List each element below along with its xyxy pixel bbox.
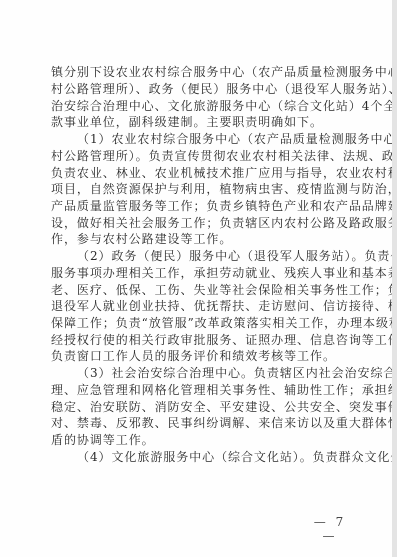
page-number: — 7 — bbox=[310, 515, 350, 543]
text-line: 退役军人就业创业扶持、优抚帮扶、走访慰问、信访接待、权益 bbox=[51, 298, 353, 315]
text-line: 经授权行使的相关行政审批服务、证照办理、信息咨询等工作； bbox=[51, 332, 353, 349]
section-heading-4: （4）文化旅游服务中心（综合文化站）。负责群众文化生活 bbox=[77, 449, 353, 466]
text-line: 稳定、治安联防、消防安全、平安建设、公共安全、突发事件应 bbox=[51, 399, 353, 416]
text-line: 老、医疗、低保、工伤、失业等社会保险相关事务性工作；负责 bbox=[51, 282, 353, 299]
text-line: 盾的协调等工作。 bbox=[51, 432, 353, 449]
section-heading-2: （2）政务（便民）服务中心（退役军人服务站）。负责公共 bbox=[77, 248, 353, 265]
text-line: 村公路管理所）。负责宣传贯彻农业农村相关法律、法规、政策； bbox=[51, 148, 353, 165]
text-line: 对、禁毒、反邪教、民事纠纷调解、来信来访以及重大群体性矛 bbox=[51, 415, 353, 432]
text-line: 作，参与农村公路建设等工作。 bbox=[51, 231, 353, 248]
page-edge-shadow bbox=[392, 0, 397, 557]
text-line: 款事业单位，副科级建制。主要职责明确如下。 bbox=[51, 114, 353, 131]
text-line: 镇分别下设农业农村综合服务中心（农产品质量检测服务中心、农 bbox=[51, 64, 353, 81]
text-line: 村公路管理所）、政务（便民）服务中心（退役军人服务站）、社会 bbox=[51, 81, 353, 98]
text-line: 项目，自然资源保护与利用，植物病虫害、疫情监测与防治，农 bbox=[51, 181, 353, 198]
section-heading-1: （1）农业农村综合服务中心（农产品质量检测服务中心、农 bbox=[77, 131, 353, 148]
text-line: 负责窗口工作人员的服务评价和绩效考核等工作。 bbox=[51, 348, 353, 365]
text-line: 设，做好相关社会服务工作；负责辖区内农村公路及路政服务工 bbox=[51, 215, 353, 232]
document-page: 镇分别下设农业农村综合服务中心（农产品质量检测服务中心、农 村公路管理所）、政务… bbox=[0, 0, 392, 557]
text-line: 产品质量监管服务等工作；负责乡镇特色产业和农产品品牌建 bbox=[51, 198, 353, 215]
text-line: 理、应急管理和网格化管理相关事务性、辅助性工作；承担维护 bbox=[51, 382, 353, 399]
section-heading-3: （3）社会治安综合治理中心。负责辖区内社会治安综合治 bbox=[77, 365, 353, 382]
text-line: 负责农业、林业、农业机械技术推广应用与指导，农业农村科技 bbox=[51, 165, 353, 182]
text-line: 服务事项办理相关工作，承担劳动就业、残疾人事业和基本养 bbox=[51, 265, 353, 282]
text-line: 治安综合治理中心、文化旅游服务中心（综合文化站）4个全额拨 bbox=[51, 98, 353, 115]
text-line: 保障工作；负责“放管服”改革政策落实相关工作，办理本级和 bbox=[51, 315, 353, 332]
